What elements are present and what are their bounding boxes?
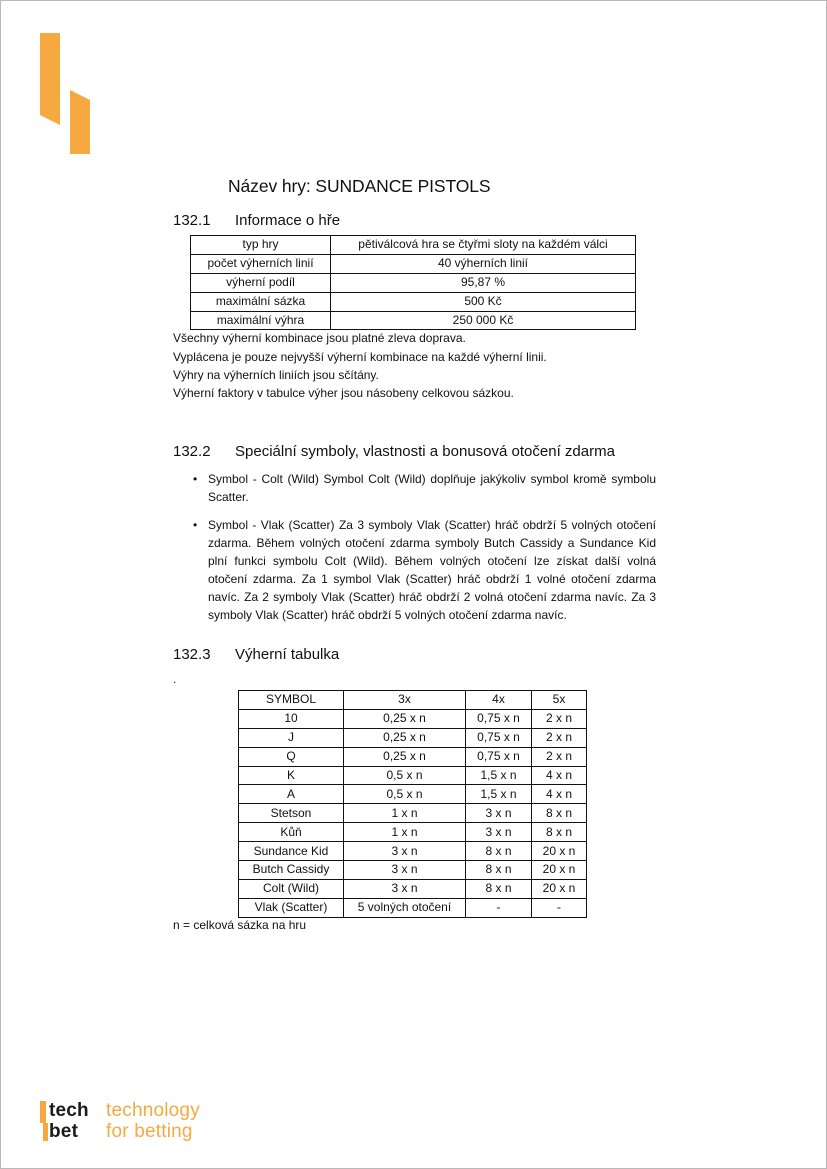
table-row: A0,5 x n1,5 x n4 x n xyxy=(239,785,587,804)
payout-cell: 3 x n xyxy=(344,842,466,861)
list-item-text: Symbol - Vlak (Scatter) Za 3 symboly Vla… xyxy=(208,518,656,622)
column-header: 3x xyxy=(344,691,466,710)
table-row: typ hrypětiválcová hra se čtyřmi sloty n… xyxy=(191,236,636,255)
table-row: maximální výhra250 000 Kč xyxy=(191,311,636,330)
paytable: SYMBOL3x4x5x100,25 x n0,75 x n2 x nJ0,25… xyxy=(238,690,587,918)
payout-cell: 8 x n xyxy=(466,879,532,898)
rule-text: Výhry na výherních liniích jsou sčítány. xyxy=(173,368,379,382)
payout-cell: 3 x n xyxy=(466,823,532,842)
rule-text: Všechny výherní kombinace jsou platné zl… xyxy=(173,331,466,345)
payout-cell: 20 x n xyxy=(532,861,587,880)
payout-cell: - xyxy=(466,898,532,917)
payout-cell: 1,5 x n xyxy=(466,785,532,804)
payout-cell: 0,5 x n xyxy=(344,785,466,804)
bullet-icon: • xyxy=(193,470,197,488)
logo-word-bet: bet xyxy=(49,1122,78,1142)
bullet-icon: • xyxy=(193,516,197,534)
payout-cell: 8 x n xyxy=(466,842,532,861)
page-title: Název hry: SUNDANCE PISTOLS xyxy=(228,176,490,197)
table-row: K0,5 x n1,5 x n4 x n xyxy=(239,766,587,785)
column-header: SYMBOL xyxy=(239,691,344,710)
payout-cell: 8 x n xyxy=(466,861,532,880)
table-row: Stetson1 x n3 x n8 x n xyxy=(239,804,587,823)
game-info-table: typ hrypětiválcová hra se čtyřmi sloty n… xyxy=(190,235,636,330)
section-number: 132.2 xyxy=(173,443,235,460)
info-value: 250 000 Kč xyxy=(331,311,636,330)
table-row: Sundance Kid3 x n8 x n20 x n xyxy=(239,842,587,861)
payout-cell: 3 x n xyxy=(344,879,466,898)
symbol-cell: A xyxy=(239,785,344,804)
list-item: • Symbol - Colt (Wild) Symbol Colt (Wild… xyxy=(193,470,656,506)
payout-cell: 0,25 x n xyxy=(344,728,466,747)
logo-bar-icon xyxy=(40,1101,46,1123)
payout-cell: 5 volných otočení xyxy=(344,898,466,917)
section-title: Výherní tabulka xyxy=(235,646,339,663)
table-row: Colt (Wild)3 x n8 x n20 x n xyxy=(239,879,587,898)
info-key: výherní podíl xyxy=(191,273,331,292)
column-header: 4x xyxy=(466,691,532,710)
info-value: 500 Kč xyxy=(331,292,636,311)
column-header: 5x xyxy=(532,691,587,710)
payout-cell: 20 x n xyxy=(532,842,587,861)
symbol-cell: K xyxy=(239,766,344,785)
footer-logo: tech bet technology for betting xyxy=(40,1100,230,1146)
table-row: J0,25 x n0,75 x n2 x n xyxy=(239,728,587,747)
brand-logo-mark-icon xyxy=(40,33,92,155)
logo-word-tech: tech xyxy=(49,1101,89,1121)
payout-cell: 0,25 x n xyxy=(344,747,466,766)
info-key: maximální sázka xyxy=(191,292,331,311)
payout-cell: 4 x n xyxy=(532,766,587,785)
table-row: 100,25 x n0,75 x n2 x n xyxy=(239,709,587,728)
info-key: počet výherních linií xyxy=(191,254,331,273)
section-number: 132.1 xyxy=(173,212,235,229)
payout-cell: 0,75 x n xyxy=(466,728,532,747)
payout-cell: 8 x n xyxy=(532,804,587,823)
symbol-cell: J xyxy=(239,728,344,747)
payout-cell: 1,5 x n xyxy=(466,766,532,785)
payout-cell: 0,5 x n xyxy=(344,766,466,785)
stray-dot: . xyxy=(173,672,176,686)
payout-cell: - xyxy=(532,898,587,917)
info-value: 40 výherních linií xyxy=(331,254,636,273)
list-item-text: Symbol - Colt (Wild) Symbol Colt (Wild) … xyxy=(208,472,656,504)
paytable-note: n = celková sázka na hru xyxy=(173,918,306,932)
info-value: 95,87 % xyxy=(331,273,636,292)
table-header-row: SYMBOL3x4x5x xyxy=(239,691,587,710)
rule-text: Výherní faktory v tabulce výher jsou nás… xyxy=(173,386,514,400)
symbol-cell: Colt (Wild) xyxy=(239,879,344,898)
info-value: pětiválcová hra se čtyřmi sloty na každé… xyxy=(331,236,636,255)
table-row: Vlak (Scatter)5 volných otočení-- xyxy=(239,898,587,917)
section-heading-special-symbols: 132.2Speciální symboly, vlastnosti a bon… xyxy=(173,443,615,460)
payout-cell: 8 x n xyxy=(532,823,587,842)
payout-cell: 0,25 x n xyxy=(344,709,466,728)
symbol-cell: 10 xyxy=(239,709,344,728)
section-heading-info: 132.1Informace o hře xyxy=(173,212,340,229)
table-row: Kůň1 x n3 x n8 x n xyxy=(239,823,587,842)
section-title: Speciální symboly, vlastnosti a bonusová… xyxy=(235,443,615,460)
payout-cell: 3 x n xyxy=(466,804,532,823)
info-key: typ hry xyxy=(191,236,331,255)
table-row: výherní podíl95,87 % xyxy=(191,273,636,292)
payout-cell: 0,75 x n xyxy=(466,747,532,766)
payout-cell: 1 x n xyxy=(344,804,466,823)
table-row: Q0,25 x n0,75 x n2 x n xyxy=(239,747,587,766)
symbol-cell: Kůň xyxy=(239,823,344,842)
rule-text: Vyplácena je pouze nejvyšší výherní komb… xyxy=(173,350,547,364)
payout-cell: 2 x n xyxy=(532,728,587,747)
logo-tagline-1: technology xyxy=(106,1101,200,1121)
info-key: maximální výhra xyxy=(191,311,331,330)
symbol-cell: Butch Cassidy xyxy=(239,861,344,880)
payout-cell: 2 x n xyxy=(532,747,587,766)
section-number: 132.3 xyxy=(173,646,235,663)
section-title: Informace o hře xyxy=(235,212,340,229)
symbol-cell: Vlak (Scatter) xyxy=(239,898,344,917)
table-row: maximální sázka500 Kč xyxy=(191,292,636,311)
section-heading-paytable: 132.3Výherní tabulka xyxy=(173,646,339,663)
logo-tagline-2: for betting xyxy=(106,1122,193,1142)
payout-cell: 4 x n xyxy=(532,785,587,804)
table-row: počet výherních linií40 výherních linií xyxy=(191,254,636,273)
payout-cell: 3 x n xyxy=(344,861,466,880)
special-symbols-list: • Symbol - Colt (Wild) Symbol Colt (Wild… xyxy=(193,470,656,634)
symbol-cell: Stetson xyxy=(239,804,344,823)
logo-bar-icon xyxy=(43,1123,48,1141)
payout-cell: 1 x n xyxy=(344,823,466,842)
payout-cell: 2 x n xyxy=(532,709,587,728)
symbol-cell: Sundance Kid xyxy=(239,842,344,861)
payout-cell: 20 x n xyxy=(532,879,587,898)
list-item: • Symbol - Vlak (Scatter) Za 3 symboly V… xyxy=(193,516,656,624)
payout-cell: 0,75 x n xyxy=(466,709,532,728)
table-row: Butch Cassidy3 x n8 x n20 x n xyxy=(239,861,587,880)
symbol-cell: Q xyxy=(239,747,344,766)
